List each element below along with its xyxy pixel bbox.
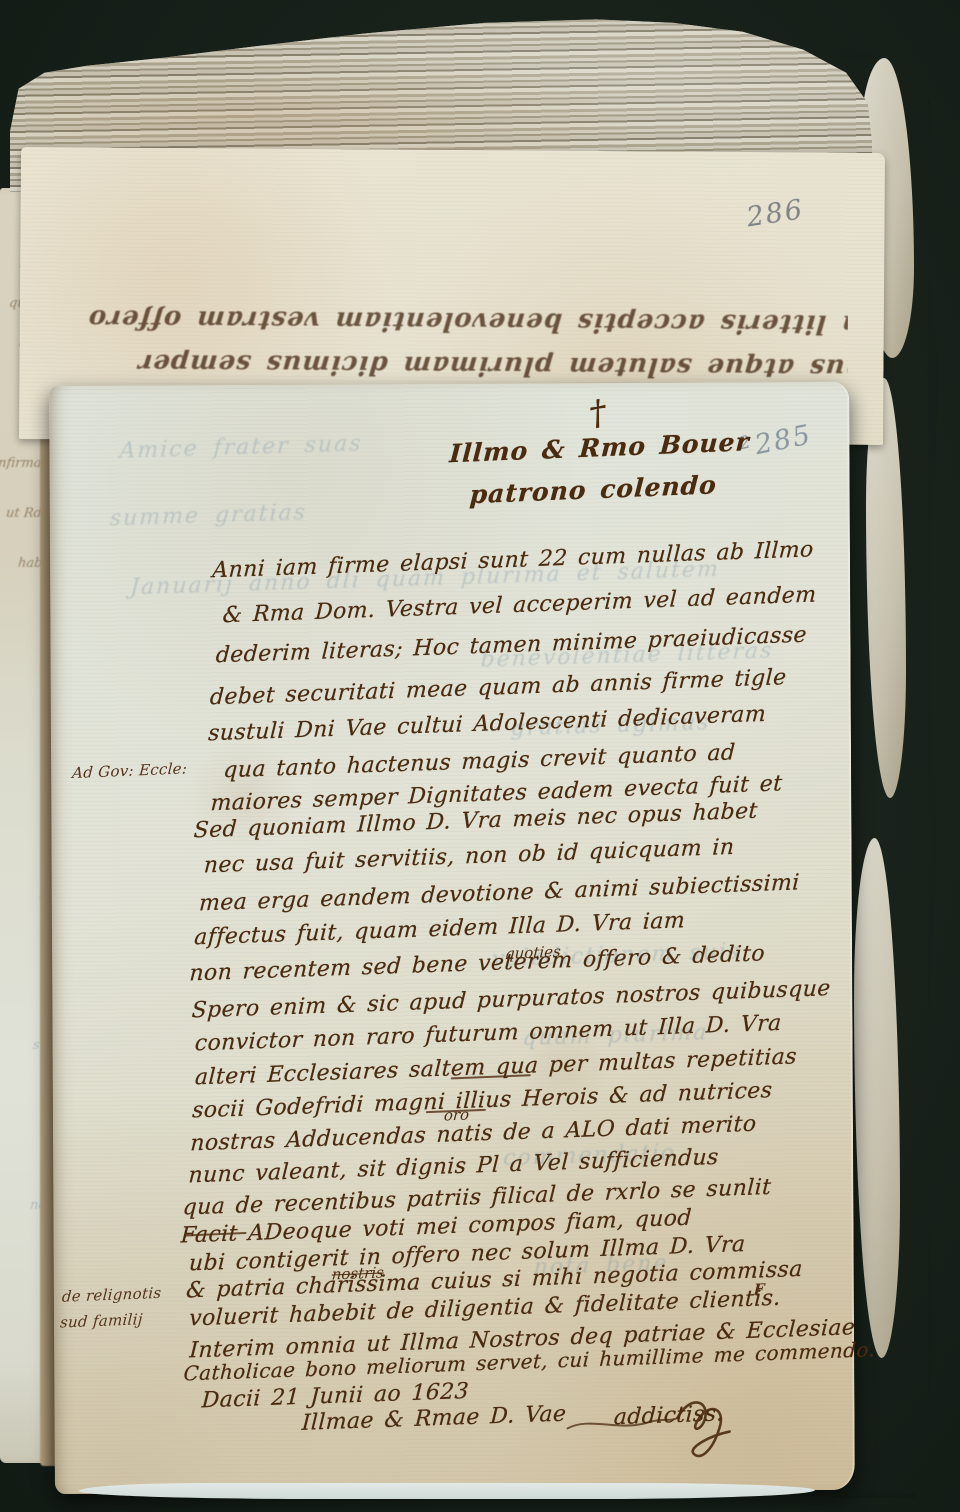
interline-insertion: quoties	[505, 942, 562, 962]
margin-note-line-2: sud familij	[59, 1310, 143, 1331]
paper-fold	[854, 838, 900, 1358]
cross-mark: †	[586, 392, 610, 434]
heading-addressee: Illmo & Rmo Bouer	[449, 427, 751, 468]
interline-insertion: oro	[443, 1105, 469, 1124]
body-line: sustuli Dni Vae cultui Adolescenti dedic…	[208, 702, 767, 747]
interline-f-mark: F	[753, 1280, 765, 1298]
folio-number-286: 286	[745, 194, 807, 233]
page-folio-285: Amice frater suas summe gratias Januarij…	[49, 382, 855, 1494]
margin-note-ad-gov-eccle: Ad Gov: Eccle:	[72, 759, 188, 782]
bleedthrough-line: commendamus atque salutem plurimam dicim…	[136, 348, 848, 384]
archive-manuscript-photo: Magn quonda aula s manu confirmand ut Rd…	[0, 0, 960, 1512]
ghost-line: Amice frater suas	[119, 431, 363, 464]
interline-insertion-struck: nostris	[331, 1263, 384, 1283]
folio-number-text: 285	[752, 419, 815, 461]
signature-flourish-icon	[559, 1388, 739, 1469]
margin-note-line-1: de relignotis	[61, 1284, 162, 1306]
bleedthrough-line: quibusdam litteris acceptis benevolentia…	[86, 303, 848, 339]
ghost-line: summe gratias	[109, 500, 308, 531]
body-line: nec usa fuit servitiis, non ob id quicqu…	[203, 835, 735, 879]
body-line: non recentem sed bene veterem offero & d…	[189, 941, 766, 986]
body-line: mea erga eandem devotione & animi subiec…	[198, 870, 800, 916]
heading-salutation: patrono colendo	[469, 470, 718, 509]
